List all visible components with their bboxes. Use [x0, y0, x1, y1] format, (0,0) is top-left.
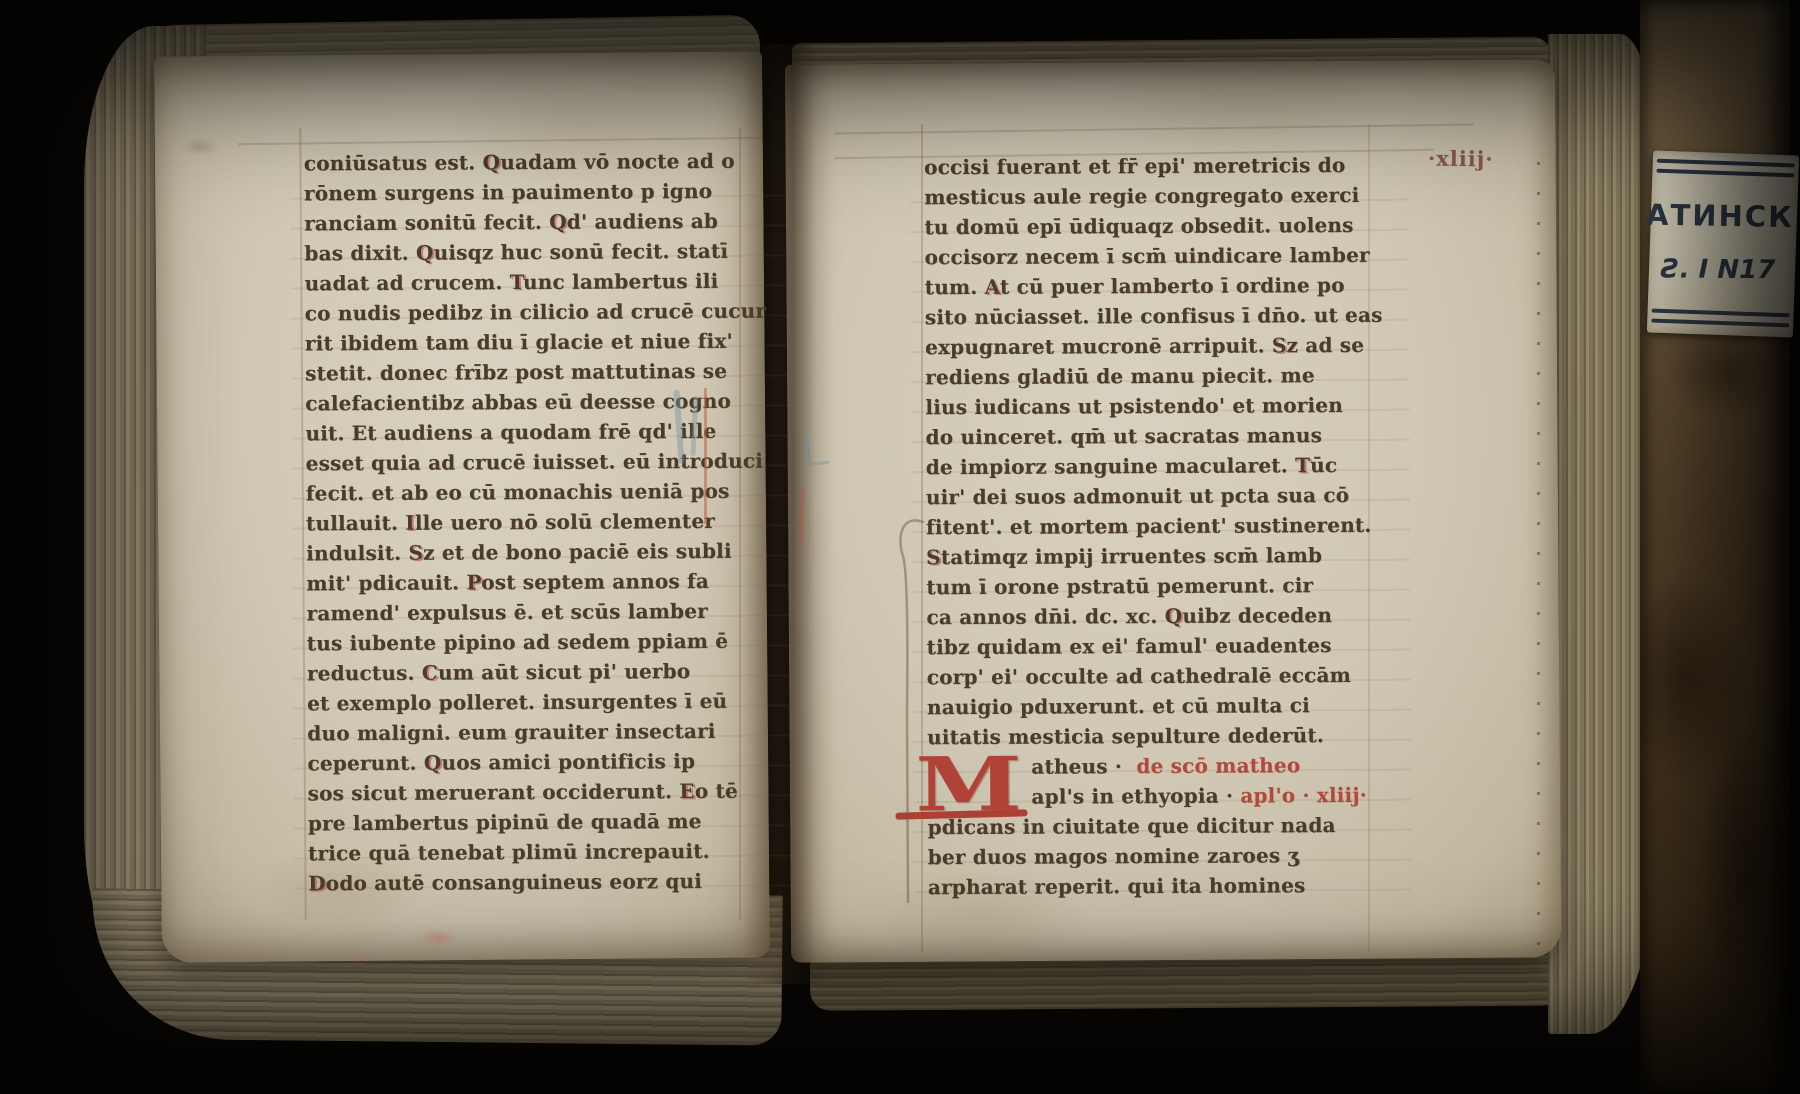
ink-text: z ad se: [1286, 333, 1364, 357]
ink-text: t cū puer lamberto ī ordine po: [1000, 273, 1345, 299]
ink-text: et exemplo polleret. insurgentes ī eū: [307, 689, 727, 716]
margin-pen-flourish: [893, 512, 927, 912]
ink-text: Q: [424, 751, 442, 775]
label-text-line2: Ƨ. I N17: [1641, 254, 1795, 285]
left-page-text: coniūsatus est. Quadam vō nocte ad orōne…: [304, 149, 770, 902]
manuscript-line: et exemplo polleret. insurgentes ī eū: [307, 689, 769, 722]
ink-text: Q: [1165, 604, 1183, 628]
ink-text: fitent'. et mortem pacient' sustinerent.: [926, 513, 1372, 539]
ink-text: stetit. donec frībz post mattutinas se: [305, 359, 727, 386]
manuscript-line: rit ibidem tam diu ī glacie et niue fix': [305, 329, 767, 362]
gutter-sketch-blue: [804, 435, 830, 467]
ink-text: Q: [416, 241, 434, 265]
manuscript-line: do uinceret. qm̄ ut sacratas manus: [925, 423, 1383, 455]
ink-text: sos sicut meruerant occiderunt.: [308, 779, 680, 805]
ink-text: D: [308, 871, 326, 895]
ink-text: ber duos magos nomine zaroes ʒ: [928, 843, 1299, 869]
manuscript-line: stetit. donec frībz post mattutinas se: [305, 359, 767, 392]
ink-text: uadat ad crucem.: [304, 270, 509, 295]
manuscript-line: ranciam sonitū fecit. Qd' audiens ab: [304, 209, 766, 242]
ink-text: Q: [482, 150, 500, 174]
ink-text: sito nūciasset. ille confisus ī dn̄o. ut…: [925, 303, 1383, 329]
manuscript-line: expugnaret mucronē arripuit. Sz ad se: [925, 333, 1383, 365]
ink-text: unc lambertus ili: [523, 269, 719, 294]
manuscript-photo: АТИНСК Ƨ. I N17 coniūsatus est. Quadam v…: [0, 0, 1800, 1094]
ink-smudge: [180, 138, 220, 156]
ink-text: arpharat reperit. qui ita homines: [928, 873, 1306, 899]
ink-text: atheus ·: [1031, 754, 1136, 779]
manuscript-line: nauigio pduxerunt. et cū multa ci: [927, 693, 1385, 725]
manuscript-line: mit' pdicauit. Post septem annos fa: [306, 569, 768, 602]
margin-stroke-red: [704, 388, 707, 524]
ink-text: lius iudicans ut psistendo' et morien: [925, 393, 1343, 419]
manuscript-line: co nudis pedibz in cilicio ad crucē cucu…: [305, 299, 767, 332]
ink-text: lle uero nō solū clementer: [415, 509, 715, 535]
ink-text: um aūt sicut pi' uerbo: [438, 659, 690, 685]
manuscript-line: Dodo autē consanguineus eorz qui: [308, 869, 770, 902]
label-rule: [1651, 319, 1789, 328]
manuscript-line: sos sicut meruerant occiderunt. Eo tē: [308, 779, 770, 812]
manuscript-line: esset quia ad crucē iuisset. eū introduc…: [306, 449, 768, 482]
manuscript-line: fecit. et ab eo cū monachis ueniā pos: [306, 479, 768, 512]
manuscript-line: fitent'. et mortem pacient' sustinerent.: [926, 513, 1384, 545]
ink-text: uos amici pontificis ip: [441, 749, 695, 775]
ink-text: de impiorz sanguine macularet.: [926, 453, 1295, 479]
ink-text: tum ī orone pstratū pemerunt. cir: [926, 573, 1313, 599]
manuscript-line: ceperunt. Quos amici pontificis ip: [307, 749, 769, 782]
manuscript-line: uadat ad crucem. Tunc lambertus ili: [304, 269, 766, 302]
ink-text: T: [510, 270, 523, 294]
ink-text: ost septem annos fa: [481, 569, 709, 594]
manuscript-line: Statimqz impij irruentes scm̄ lamb: [926, 543, 1384, 575]
manuscript-line: ca annos dn̄i. dc. xc. Quibz deceden: [926, 603, 1384, 635]
label-text-line1: АТИНСК: [1643, 198, 1798, 235]
ink-text: tullauit.: [306, 511, 405, 536]
ink-text: uitatis mesticia sepulture dederūt.: [927, 723, 1324, 749]
label-rule: [1657, 159, 1795, 168]
ink-text: mesticus aule regie congregato exerci: [924, 183, 1359, 209]
ink-text: coniūsatus est.: [304, 150, 483, 175]
ink-text: z et de bono paciē eis subli: [423, 539, 732, 565]
ink-text: uadam vō nocte ad o: [500, 149, 735, 174]
manuscript-line: atheus · de scō matheo: [927, 753, 1385, 785]
pricking-dots: [1537, 162, 1540, 950]
manuscript-line: uit. Et audiens a quodam frē qd' ille: [305, 419, 767, 452]
right-page-text: M occisi fuerant et fr̄ epi' meretricis …: [924, 153, 1386, 905]
manuscript-line: uitatis mesticia sepulture dederūt.: [927, 723, 1385, 755]
ink-text: T: [1295, 453, 1310, 477]
ink-text: uibz deceden: [1182, 603, 1332, 628]
red-pigment-smudge: [348, 952, 372, 964]
ink-text: apl's in ethyopia ·: [1031, 784, 1240, 809]
manuscript-line: rōnem surgens in pauimento p igno: [304, 179, 766, 212]
ink-text: tu domū epī ūdiquaqz obsedit. uolens: [924, 213, 1353, 239]
ink-text: ramend' expulsus ē. et scūs lamber: [306, 599, 707, 625]
ink-text: corp' ei' occulte ad cathedralē eccām: [927, 663, 1351, 689]
ink-text: tibz quidam ex ei' famul' euadentes: [927, 633, 1332, 659]
manuscript-line: tus iubente pipino ad sedem ppiam ē: [307, 629, 769, 662]
manuscript-line: indulsit. Sz et de bono paciē eis subli: [306, 539, 768, 572]
ink-text: d' audiens ab: [567, 209, 718, 234]
ink-text: S: [1272, 333, 1287, 357]
manuscript-line: arpharat reperit. qui ita homines: [928, 873, 1386, 905]
folio-number: ·xliij·: [1428, 146, 1494, 172]
ink-text: tatimqz impij irruentes scm̄ lamb: [941, 543, 1322, 569]
ink-text: expugnaret mucronē arripuit.: [925, 333, 1272, 359]
manuscript-line: tullauit. Ille uero nō solū clementer: [306, 509, 768, 542]
ink-text: A: [985, 275, 1001, 299]
ink-text: mit' pdicauit.: [306, 570, 466, 595]
ink-text: uisqz huc sonū fecit. statī: [434, 239, 729, 265]
manuscript-line: mesticus aule regie congregato exerci: [924, 183, 1382, 215]
ink-text: ūc: [1310, 453, 1337, 477]
rubric-text: de scō matheo: [1136, 753, 1300, 778]
ink-text: rediens gladiū de manu piecit. me: [925, 363, 1315, 389]
manuscript-line: corp' ei' occulte ad cathedralē eccām: [927, 663, 1385, 695]
manuscript-line: occisi fuerant et fr̄ epi' meretricis do: [924, 153, 1382, 185]
ink-text: uir' dei suos admonuit ut pcta sua cō: [926, 483, 1350, 509]
ink-text: occisi fuerant et fr̄ epi' meretricis do: [924, 153, 1345, 179]
manuscript-line: de impiorz sanguine macularet. Tūc: [926, 453, 1384, 485]
manuscript-line: bas dixit. Quisqz huc sonū fecit. statī: [304, 239, 766, 272]
ink-text: tus iubente pipino ad sedem ppiam ē: [307, 629, 729, 656]
manuscript-line: apl's in ethyopia · apl'o · xliij·: [927, 783, 1385, 815]
ink-text: do uinceret. qm̄ ut sacratas manus: [925, 423, 1322, 449]
ink-text: o tē: [695, 779, 738, 803]
ink-text: S: [926, 545, 941, 569]
red-pigment-smudge: [420, 930, 456, 946]
ink-text: E: [679, 779, 695, 803]
manuscript-line: ramend' expulsus ē. et scūs lamber: [306, 599, 768, 632]
manuscript-line: rediens gladiū de manu piecit. me: [925, 363, 1383, 395]
ink-text: ca annos dn̄i. dc. xc.: [926, 604, 1164, 629]
manuscript-line: tu domū epī ūdiquaqz obsedit. uolens: [924, 213, 1382, 245]
manuscript-line: tibz quidam ex ei' famul' euadentes: [927, 633, 1385, 665]
ink-text: rōnem surgens in pauimento p igno: [304, 179, 712, 205]
manuscript-line: coniūsatus est. Quadam vō nocte ad o: [304, 149, 766, 182]
ink-text: ranciam sonitū fecit.: [304, 210, 549, 235]
label-rule: [1656, 169, 1794, 178]
ink-text: tum.: [925, 275, 985, 299]
ink-text: rit ibidem tam diu ī glacie et niue fix': [305, 329, 733, 356]
ink-text: S: [408, 541, 423, 565]
manuscript-line: lius iudicans ut psistendo' et morien: [925, 393, 1383, 425]
manuscript-line: pdicans in ciuitate que dicitur nada: [927, 813, 1385, 845]
manuscript-line: tum. At cū puer lamberto ī ordine po: [925, 273, 1383, 305]
ink-text: I: [405, 511, 415, 535]
label-rule: [1652, 309, 1790, 318]
manuscript-line: pre lambertus pipinū de quadā me: [308, 809, 770, 842]
manuscript-line: uir' dei suos admonuit ut pcta sua cō: [926, 483, 1384, 515]
ink-text: calefacientibz abbas eū deesse cogno: [305, 389, 731, 416]
manuscript-line: tum ī orone pstratū pemerunt. cir: [926, 573, 1384, 605]
ink-text: duo maligni. eum grauiter insectari: [307, 719, 715, 745]
ink-text: trice quā tenebat plimū increpauit.: [308, 839, 710, 865]
rubric-text: apl'o · xliij·: [1240, 783, 1367, 808]
manuscript-line: ber duos magos nomine zaroes ʒ: [928, 843, 1386, 875]
manuscript-line: sito nūciasset. ille confisus ī dn̄o. ut…: [925, 303, 1383, 335]
ink-text: uit. Et audiens a quodam frē qd' ille: [305, 419, 716, 446]
ink-text: pdicans in ciuitate que dicitur nada: [927, 813, 1335, 839]
manuscript-line: reductus. Cum aūt sicut pi' uerbo: [307, 659, 769, 692]
ink-text: odo autē consanguineus eorz qui: [326, 869, 702, 895]
library-shelfmark-label: АТИНСК Ƨ. I N17: [1647, 151, 1799, 338]
ink-text: co nudis pedibz in cilicio ad crucē cucu…: [305, 299, 766, 326]
manuscript-line: occisorz necem ī scm̄ uindicare lamber: [925, 243, 1383, 275]
ink-text: nauigio pduxerunt. et cū multa ci: [927, 693, 1310, 719]
ink-text: C: [422, 661, 438, 685]
manuscript-line: duo maligni. eum grauiter insectari: [307, 719, 769, 752]
ink-text: P: [466, 570, 481, 594]
ink-text: ceperunt.: [307, 751, 424, 776]
ink-text: Q: [549, 210, 567, 234]
ink-text: fecit. et ab eo cū monachis ueniā pos: [306, 479, 730, 506]
ink-text: indulsit.: [306, 541, 408, 566]
ink-text: reductus.: [307, 661, 422, 686]
ink-text: occisorz necem ī scm̄ uindicare lamber: [925, 243, 1370, 269]
manuscript-line: trice quā tenebat plimū increpauit.: [308, 839, 770, 872]
ink-text: bas dixit.: [304, 241, 416, 266]
ink-text: pre lambertus pipinū de quadā me: [308, 809, 702, 835]
